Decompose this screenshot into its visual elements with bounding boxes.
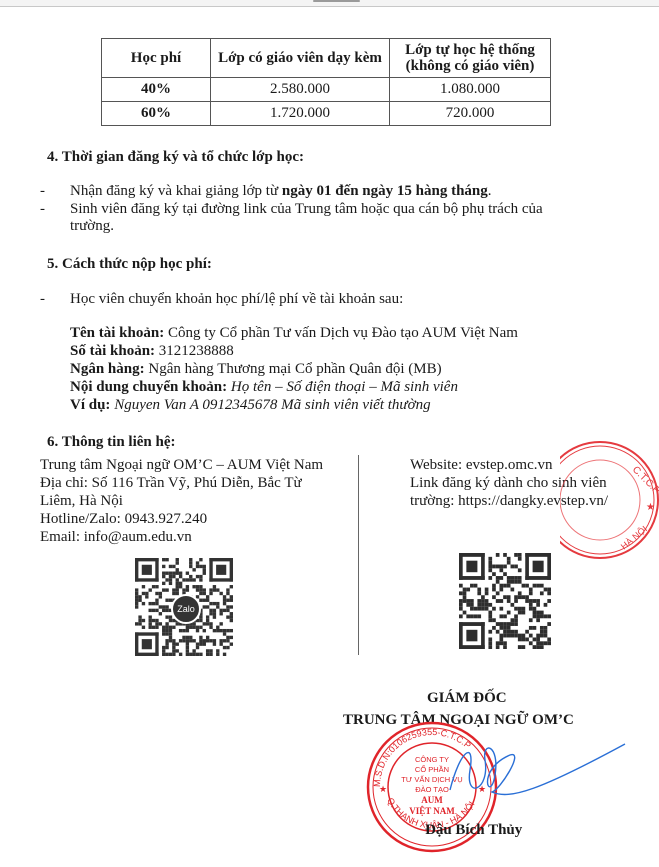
partial-company-stamp-icon: C.T.C.P ★ HÀ NỘI <box>560 440 659 560</box>
section-6-title: 6. Thông tin liên hệ: <box>47 434 176 451</box>
section-4-title: 4. Thời gian đăng ký và tổ chức lớp học: <box>47 149 304 166</box>
bullet-bold-text: ngày 01 đến ngày 15 hàng tháng <box>282 183 488 199</box>
contact-address: Địa chỉ: Số 116 Trần Vỹ, Phú Diễn, Bắc T… <box>40 475 302 492</box>
zalo-logo-icon: Zalo <box>171 594 201 624</box>
drag-handle[interactable] <box>313 0 360 2</box>
discount-cell: 40% <box>102 78 211 102</box>
with-teacher-cell: 2.580.000 <box>211 78 390 102</box>
signature-title: GIÁM ĐỐC <box>427 690 507 707</box>
bank-name: Ngân hàng Thương mại Cổ phần Quân đội (M… <box>145 361 442 377</box>
discount-cell: 60% <box>102 102 211 126</box>
section-5-title: 5. Cách thức nộp học phí: <box>47 256 212 273</box>
svg-text:★: ★ <box>379 784 387 794</box>
viewer-top-bar <box>0 0 659 7</box>
column-divider <box>358 455 359 655</box>
table-row: 40% 2.580.000 1.080.000 <box>102 78 551 102</box>
contact-website[interactable]: Website: evstep.omc.vn <box>410 457 553 474</box>
with-teacher-cell: 1.720.000 <box>211 102 390 126</box>
contact-address-cont: Liêm, Hà Nội <box>40 493 123 510</box>
bullet-dash: - <box>40 183 45 200</box>
field-label: Ngân hàng: <box>70 361 145 377</box>
contact-center-name: Trung tâm Ngoại ngữ OM’C – AUM Việt Nam <box>40 457 323 474</box>
section-4-bullet-1: Nhận đăng ký và khai giảng lớp từ ngày 0… <box>70 183 492 200</box>
transfer-content-line: Nội dung chuyển khoản: Họ tên – Số điện … <box>70 379 458 396</box>
signer-name: Đậu Bích Thủy <box>425 822 522 839</box>
field-label: Số tài khoản: <box>70 343 155 359</box>
account-number: 3121238888 <box>155 343 234 359</box>
self-study-cell: 1.080.000 <box>390 78 551 102</box>
field-label: Tên tài khoản: <box>70 325 164 341</box>
account-name: Công ty Cổ phần Tư vấn Dịch vụ Đào tạo A… <box>164 325 518 341</box>
col-header-self-study: Lớp tự học hệ thống (không có giáo viên) <box>390 39 551 78</box>
section-5-bullet: Học viên chuyển khoản học phí/lệ phí về … <box>70 291 403 308</box>
svg-text:★: ★ <box>646 502 655 513</box>
handwritten-signature-icon <box>430 730 630 820</box>
example-line: Ví dụ: Nguyen Van A 0912345678 Mã sinh v… <box>70 397 431 414</box>
self-study-cell: 720.000 <box>390 102 551 126</box>
bank-line: Ngân hàng: Ngân hàng Thương mại Cổ phần … <box>70 361 442 378</box>
col-header-fee: Học phí <box>102 39 211 78</box>
example-text: Nguyen Van A 0912345678 Mã sinh viên viế… <box>110 397 430 413</box>
col-header-with-teacher: Lớp có giáo viên dạy kèm <box>211 39 390 78</box>
account-name-line: Tên tài khoản: Công ty Cổ phần Tư vấn Dị… <box>70 325 518 342</box>
contact-email[interactable]: Email: info@aum.edu.vn <box>40 529 192 546</box>
table-header-row: Học phí Lớp có giáo viên dạy kèm Lớp tự … <box>102 39 551 78</box>
field-label: Ví dụ: <box>70 397 110 413</box>
registration-qr-code-icon <box>459 553 551 649</box>
bullet-dash: - <box>40 291 45 308</box>
bullet-suffix: . <box>488 183 492 199</box>
table-row: 60% 1.720.000 720.000 <box>102 102 551 126</box>
section-4-bullet-2-cont: trường. <box>70 218 114 235</box>
section-4-bullet-2: Sinh viên đăng ký tại đường link của Tru… <box>70 201 543 218</box>
field-label: Nội dung chuyển khoản: <box>70 379 227 395</box>
fee-table: Học phí Lớp có giáo viên dạy kèm Lớp tự … <box>101 38 551 126</box>
contact-hotline: Hotline/Zalo: 0943.927.240 <box>40 511 207 528</box>
bullet-dash: - <box>40 201 45 218</box>
transfer-content: Họ tên – Số điện thoại – Mã sinh viên <box>227 379 458 395</box>
bullet-text: Nhận đăng ký và khai giảng lớp từ <box>70 183 282 199</box>
account-number-line: Số tài khoản: 3121238888 <box>70 343 234 360</box>
